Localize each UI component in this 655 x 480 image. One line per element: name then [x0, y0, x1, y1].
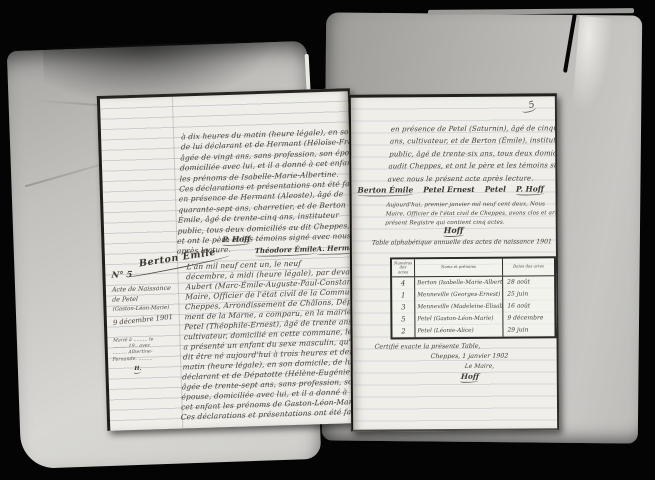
signature-hoff: P. Hoff	[516, 184, 544, 195]
table-row: 4 Berton (Isabelle-Marie-Albertine) 28 a…	[392, 276, 554, 289]
mention-initials: H.	[134, 366, 141, 374]
cell-act-number: 5	[392, 313, 414, 325]
handwritten-line: en présence de Petel (Saturnin), âgé de …	[390, 122, 557, 136]
table-title: Table alphabétique annuelle des actes de…	[372, 238, 556, 246]
margin-act-number: N° 5	[111, 269, 178, 281]
header-dates: Dates des actes	[502, 258, 554, 275]
table-row: 3 Menneville (Madeleine-Élisabeth) 16 ao…	[392, 300, 554, 313]
cell-act-number: 3	[392, 301, 414, 313]
cell-name: Berton (Isabelle-Marie-Albertine)	[414, 277, 502, 290]
cell-date: 28 août	[502, 276, 554, 288]
header-act-numbers: Numéros des actes	[392, 259, 414, 276]
table-row: 5 Petel (Gaston-Léon-Marie) 9 décembre	[392, 312, 554, 325]
paper-highlight	[572, 16, 614, 114]
signature-hoff: P. Hoff	[222, 234, 250, 246]
signature-berton-emile: Berton Émile	[357, 185, 413, 196]
cell-name: Menneville (Madeleine-Élisabeth)	[414, 301, 502, 314]
handwritten-line: audit Cheppes, et ont le père et les tém…	[388, 159, 555, 173]
cell-name: Menneville (Georges-Ernest)	[414, 289, 502, 302]
act-signatures: Berton Émile Petel Ernest Petel P. Hoff	[357, 184, 553, 196]
cell-date: 29 juin	[502, 324, 554, 336]
register-page-left: à dix heures du matin (heure légale), en…	[97, 88, 360, 431]
cell-act-number: 4	[392, 277, 414, 289]
closing-signature: Hoff	[444, 225, 464, 237]
table-header-row: Numéros des actes Noms et prénoms Dates …	[392, 258, 554, 277]
cell-act-number: 2	[392, 325, 414, 337]
register-closing: Aujourd'hui, premier janvier mil neuf ce…	[385, 200, 557, 228]
handwritten-line: public, âgé de trente-six ans, tous deux…	[389, 147, 556, 161]
certification-signature: Hoff	[460, 372, 479, 383]
act-5-end: en présence de Petel (Saturnin), âgé de …	[387, 122, 557, 185]
table-row: 1 Menneville (Georges-Ernest) 25 juin	[392, 288, 554, 301]
cell-date: 25 juin	[502, 288, 554, 300]
page-stack-edge	[428, 8, 634, 15]
cell-name: Petel (Gaston-Léon-Marie)	[414, 313, 502, 326]
register-page-right: 5 en présence de Petel (Saturnin), âgé d…	[349, 93, 559, 431]
certification-place-date: Cheppes, 1 janvier 1902	[430, 353, 508, 361]
handwritten-line: ans, cultivateur, et de Berton (Émile), …	[390, 135, 557, 149]
table-body: 4 Berton (Isabelle-Marie-Albertine) 28 a…	[392, 276, 554, 337]
table-row: 2 Petel (Léonie-Alice) 29 juin	[392, 324, 554, 337]
signature-petel: Petel	[485, 185, 506, 196]
act-5-body: L'an mil neuf cent un, le neuf décembre,…	[181, 257, 359, 423]
cell-date: 16 août	[502, 300, 554, 312]
signature-theodore-emile: Théodore Émile	[255, 244, 317, 257]
scanned-civil-register: à dix heures du matin (heure légale), en…	[0, 0, 655, 480]
certification-line: Certifié exacte la présente Table,	[374, 343, 480, 351]
marriage-mention-note: Marié à ......... le ......... 19.. avec…	[112, 337, 179, 364]
signature-petel-ernest: Petel Ernest	[423, 185, 475, 196]
cell-act-number: 1	[392, 289, 414, 301]
cell-date: 9 décembre	[502, 312, 554, 324]
header-names: Noms et prénoms	[414, 259, 502, 277]
closing-line: présent Registre qui contient cinq actes…	[385, 218, 556, 228]
cell-name: Petel (Léonie-Alice)	[414, 325, 502, 338]
certification-title: Le Maire,	[465, 363, 495, 370]
act-4-continuation: à dix heures du matin (heure légale), en…	[177, 127, 354, 257]
handwritten-line: avec nous le présent acte après lecture.	[387, 172, 554, 186]
annual-name-table: Numéros des actes Noms et prénoms Dates …	[390, 256, 557, 339]
